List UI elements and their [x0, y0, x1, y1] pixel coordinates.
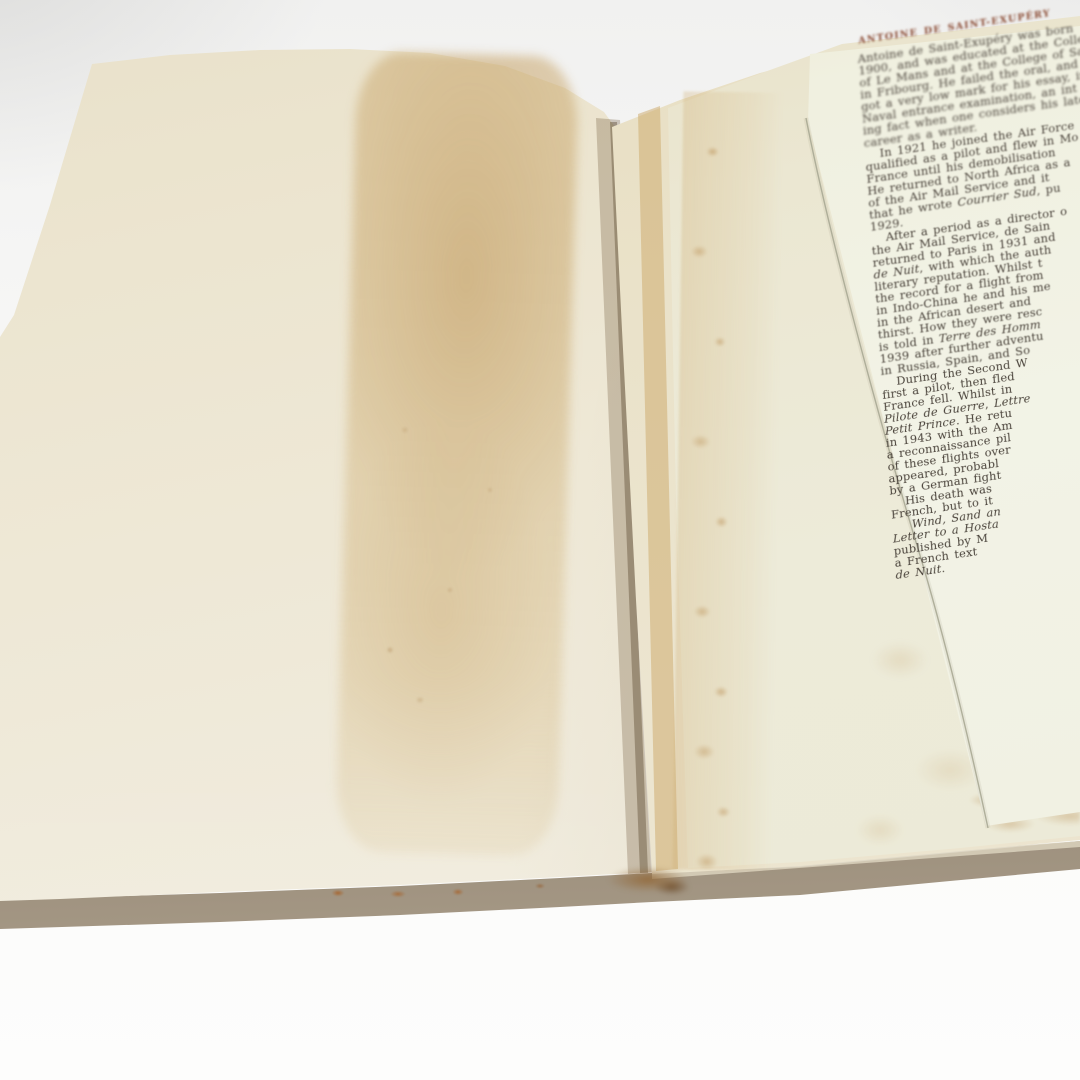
spine-frayed-cloth [582, 858, 714, 906]
flap-paragraphs-container: Antoine de Saint-Exupéry was born1900, a… [857, 0, 1080, 581]
flap-biography-text: ANTOINE DE SAINT-EXUPÉRY Antoine de Sain… [856, 0, 1080, 581]
foxing-spots-band [673, 91, 784, 870]
photo-of-open-book: ANTOINE DE SAINT-EXUPÉRY Antoine de Sain… [0, 0, 1080, 1080]
